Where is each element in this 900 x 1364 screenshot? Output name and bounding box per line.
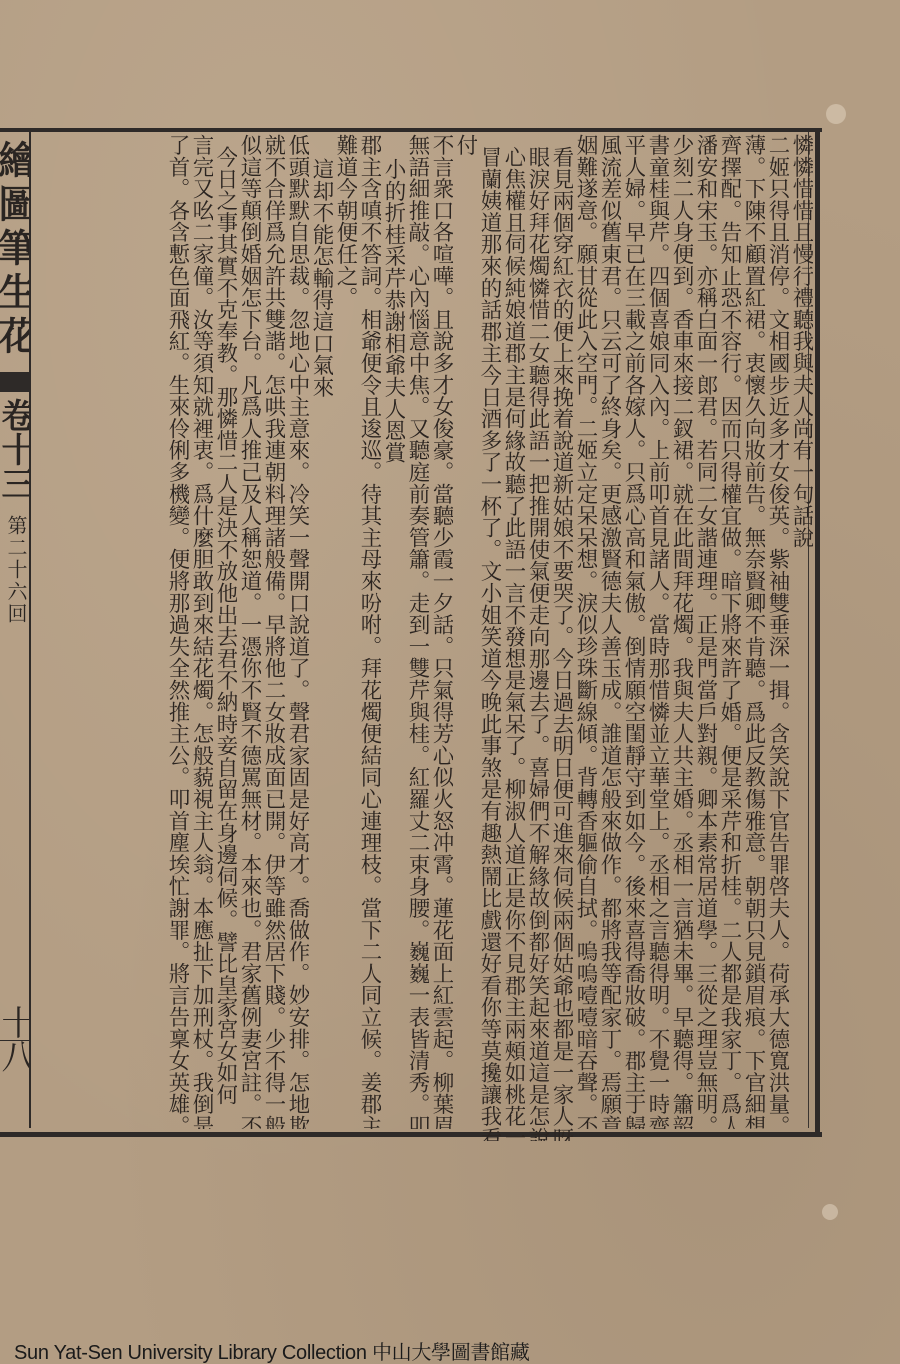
text-column: 似這等顛倒婚姻怎下台。凡爲人推己及人稱恕道。一憑你不賢不德罵無材。本來也。君家舊… xyxy=(237,134,261,1129)
paper-wormhole-mark xyxy=(826,104,846,124)
chapter-label: 第二十六回 xyxy=(4,515,28,625)
prose-column: 眼淚好拜花燭憐惜二女聽得此語一把推開使氣便走向那邊去了。喜婦們不解緣故倒都好笑起… xyxy=(525,146,549,1141)
text-column: 就不合佯爲允許共雙諧。怎哄我連朝料理諸般備。早將他二女妝成面已開。伊等雖然居下賤… xyxy=(261,134,285,1129)
spine-fishtail-band xyxy=(0,372,29,392)
prose-column: 今日之事其實不克奉教。那憐惜二人是決不放他出去君不納時妾自留在身邊伺候。譬比皇家… xyxy=(213,146,237,1141)
text-column: 姻難遂意。願甘從此入空門。二姬立定呆呆想。淚似珍珠斷線傾。背轉香軀偷自拭。嗚嗚噎… xyxy=(573,134,597,1129)
text-column: 憐憐惜惜且慢行禮聽我與夫人尚有一句話說 xyxy=(789,134,813,1129)
text-column: 了首。各含慙色面飛紅。生來伶俐多機變。便將那過失全然推主公。叩首塵埃忙謝罪。將言… xyxy=(165,134,189,1129)
right-border-rule xyxy=(815,128,820,1137)
text-column: 平人婦。早已在三載之前各嫁人。只爲心高和氣傲。倒情願空閨靜守到如今。後來喜得喬妝… xyxy=(621,134,645,1129)
text-column: 風流差似舊東君。只云可了終身矣。更感激賢德夫人善玉成。誰道怎般來做作。都將我等配… xyxy=(597,134,621,1129)
text-column: 書童桂與芹。四個喜娘同入內。上前叩首見諸人。當時那惜憐並立華堂上。丞相之言聽得明… xyxy=(645,134,669,1129)
text-column: 二姬只得且消停。文相國步近多才女俊英。紫袖雙垂深一揖。含笑說下官告罪啓夫人。荷承… xyxy=(765,134,789,1129)
paper-wormhole-mark xyxy=(822,1204,838,1220)
text-column: 不言衆口各喧嘩。且說多才女俊豪。當聽少霞一夕話。只氣得芳心似火怒冲霄。蓮花面上紅… xyxy=(429,134,453,1129)
text-column: 薄。下陳不顧置紅裙。衷懷久向妝前告。無奈賢卿不肯聽。爲此反教傷雅意。朝朝只見鎖眉… xyxy=(741,134,765,1129)
dialogue-column: 小的折桂采芹恭謝相爺夫人恩賞 xyxy=(381,158,405,1153)
text-column: 郡主含嗔不答詞。相爺便令且逡巡。待其主母來吩咐。拜花燭便結同心連理枝。當下二人同… xyxy=(357,134,381,1129)
text-column: 低頭默默自思裁。忽地心中主意來。冷笑一聲開口說道了。聲君家固是好高才。喬做作。妙… xyxy=(285,134,309,1129)
page-number: 十八 xyxy=(0,1005,29,1073)
prose-column: 心焦權且伺候純娘道郡主是何緣故聽了此語一言不發想是氣呆了。柳淑人道正是你不見郡主… xyxy=(501,146,525,1141)
text-column: 無語細推敲。心內惱意中焦。又聽庭前奏管簫。走到一雙芹與桂。紅羅丈二束身腰。巍巍一… xyxy=(405,134,429,1129)
text-column: 難道今朝便任之。 xyxy=(333,134,357,1129)
prose-column: 冒蘭姨道那來的話郡主今日酒多了一杯了。文小姐笑道今晚此事煞是有趣熱鬧比戲還好看你… xyxy=(477,146,501,1141)
book-title: 繪圖筆生花 xyxy=(0,140,29,360)
prose-column: 看見兩個穿紅衣的便上來挽着說道新姑娘不要哭了。今日過去明日便可進來伺候兩個姑爺也… xyxy=(549,146,573,1141)
spine-rule xyxy=(0,1040,29,1041)
text-column: 付 xyxy=(453,134,477,1129)
text-column: 少刻二人身便到。香車來接二釵裙。就在此間拜花燭。我與夫人共主婚。丞相一言猶未畢。… xyxy=(669,134,693,1129)
text-column: 齊擇配。告知止恐不容行。因而只得權宜做。暗下將來許了婚。便是采芹和折桂。二人都是… xyxy=(717,134,741,1129)
library-collection-caption: Sun Yat-Sen University Library Collectio… xyxy=(14,1336,530,1364)
volume-label: 卷十三 xyxy=(0,398,29,500)
dialogue-column: 這却不能怎輸得這口氣來 xyxy=(309,158,333,1153)
text-column: 言完又吆二家僮。汝等須知就裡衷。爲什麼胆敢到來結花燭。怎般藐視主人翁。本應扯下加… xyxy=(189,134,213,1129)
text-column: 潘安和宋玉。亦稱白面一郎君。若同二女諧連理。正是門當戶對親。卿本素常居道學。三從… xyxy=(693,134,717,1129)
